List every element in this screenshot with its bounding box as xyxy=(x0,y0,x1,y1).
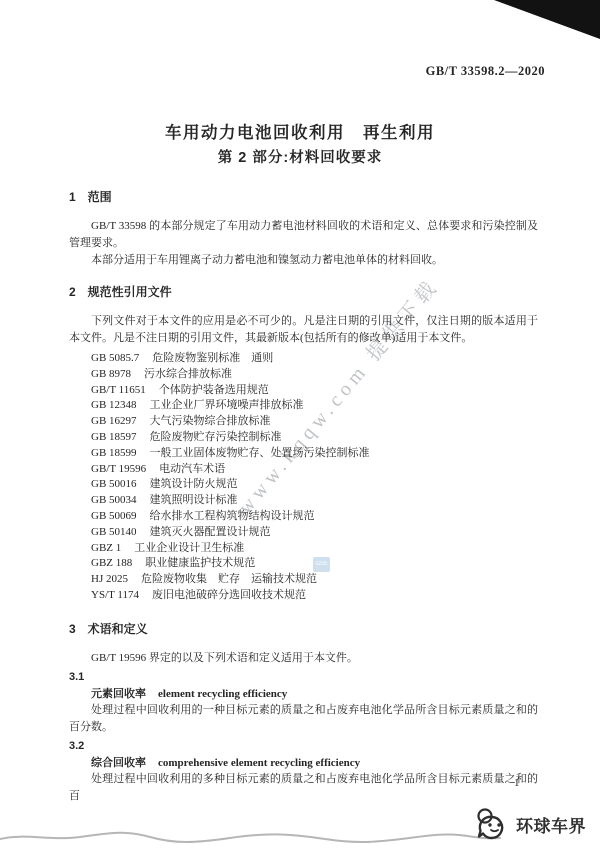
reference-item: GB 50034建筑照明设计标准 xyxy=(69,493,538,509)
reference-item: HJ 2025危险废物收集 贮存 运输技术规范 xyxy=(69,572,538,588)
reference-id: GB 18597 xyxy=(91,431,137,443)
reference-title: 危险废物鉴别标准 通则 xyxy=(152,352,273,364)
section-heading-terms: 3 术语和定义 xyxy=(69,622,538,637)
reference-item: GB 18599一般工业固体废物贮存、处置场污染控制标准 xyxy=(69,446,538,462)
reference-id: GB 50016 xyxy=(91,478,137,490)
reference-title: 建筑照明设计标准 xyxy=(150,494,238,506)
terms-intro: GB/T 19596 界定的以及下列术语和定义适用于本文件。 xyxy=(69,650,538,667)
reference-title: 废旧电池破碎分选回收技术规范 xyxy=(152,589,306,601)
reference-id: GB 5085.7 xyxy=(91,352,139,364)
term-number-1: 3.1 xyxy=(69,670,538,685)
reference-id: GB 50140 xyxy=(91,526,137,538)
references-intro: 下列文件对于本文件的应用是必不可少的。凡是注日期的引用文件，仅注日期的版本适用于… xyxy=(69,313,538,347)
reference-id: GB/T 19596 xyxy=(91,463,146,475)
site-logo-text: 环球车界 xyxy=(516,812,586,837)
globe-car-logo-icon xyxy=(474,807,512,841)
reference-title: 电动汽车术语 xyxy=(159,463,225,475)
reference-item: GB 50069给水排水工程构筑物结构设计规范 xyxy=(69,509,538,525)
reference-title: 工业企业设计卫生标准 xyxy=(134,542,244,554)
reference-item: GB/T 19596电动汽车术语 xyxy=(69,462,538,478)
reference-item: GB/T 11651个体防护装备选用规范 xyxy=(69,383,538,399)
section-heading-references: 2 规范性引用文件 xyxy=(69,285,538,300)
term-title-en: comprehensive element recycling efficien… xyxy=(158,757,360,769)
reference-title: 给水排水工程构筑物结构设计规范 xyxy=(150,510,315,522)
reference-id: GBZ 188 xyxy=(91,557,132,569)
term-title-1: 元素回收率element recycling efficiency xyxy=(69,686,538,702)
reference-id: GB 50069 xyxy=(91,510,137,522)
reference-title: 危险废物贮存污染控制标准 xyxy=(150,431,282,443)
term-title-2: 综合回收率comprehensive element recycling eff… xyxy=(69,755,538,771)
reference-id: GB 8978 xyxy=(91,368,131,380)
document-body: 1 范围 GB/T 33598 的本部分规定了车用动力蓄电池材料回收的术语和定义… xyxy=(69,190,538,805)
reference-id: GB 12348 xyxy=(91,399,137,411)
term-title-en: element recycling efficiency xyxy=(158,688,287,700)
term-title-zh: 综合回收率 xyxy=(91,757,146,769)
document-title-line2: 第 2 部分:材料回收要求 xyxy=(0,146,600,167)
reference-item: GB 5085.7危险废物鉴别标准 通则 xyxy=(69,351,538,367)
reference-title: 个体防护装备选用规范 xyxy=(159,384,269,396)
reference-item: GB 50016建筑设计防火规范 xyxy=(69,477,538,493)
reference-item: YS/T 1174废旧电池破碎分选回收技术规范 xyxy=(69,588,538,604)
page-corner-fold xyxy=(494,0,600,39)
reference-item: GBZ 188职业健康监护技术规范 xyxy=(69,556,538,572)
reference-id: YS/T 1174 xyxy=(91,589,139,601)
reference-item: GBZ 1工业企业设计卫生标准 xyxy=(69,541,538,557)
reference-title: 一般工业固体废物贮存、处置场污染控制标准 xyxy=(150,447,370,459)
reference-title: 污水综合排放标准 xyxy=(144,368,232,380)
reference-title: 大气污染物综合排放标准 xyxy=(150,415,271,427)
site-logo: 环球车界 xyxy=(474,804,586,844)
reference-id: GBZ 1 xyxy=(91,542,121,554)
term-title-zh: 元素回收率 xyxy=(91,688,146,700)
standard-number: GB/T 33598.2—2020 xyxy=(426,64,545,79)
reference-item: GB 18597危险废物贮存污染控制标准 xyxy=(69,430,538,446)
references-list: GB 5085.7危险废物鉴别标准 通则 GB 8978污水综合排放标准 GB/… xyxy=(69,351,538,604)
term-definition-2: 处理过程中回收利用的多种目标元素的质量之和占废弃电池化学品所含目标元素质量之和的… xyxy=(69,771,538,805)
reference-id: HJ 2025 xyxy=(91,573,128,585)
page-number: 1 xyxy=(514,777,520,789)
reference-id: GB 50034 xyxy=(91,494,137,506)
reference-item: GB 50140建筑灭火器配置设计规范 xyxy=(69,525,538,541)
scope-paragraph-2: 本部分适用于车用锂离子动力蓄电池和镍氢动力蓄电池单体的材料回收。 xyxy=(69,252,538,269)
reference-title: 建筑设计防火规范 xyxy=(150,478,238,490)
term-number-2: 3.2 xyxy=(69,739,538,754)
reference-title: 工业企业厂界环境噪声排放标准 xyxy=(150,399,304,411)
reference-title: 职业健康监护技术规范 xyxy=(145,557,255,569)
term-definition-1: 处理过程中回收利用的一种目标元素的质量之和占废弃电池化学品所含目标元素质量之和的… xyxy=(69,702,538,736)
reference-title: 危险废物收集 贮存 运输技术规范 xyxy=(141,573,317,585)
section-heading-scope: 1 范围 xyxy=(69,190,538,205)
reference-id: GB/T 11651 xyxy=(91,384,146,396)
scope-paragraph-1: GB/T 33598 的本部分规定了车用动力蓄电池材料回收的术语和定义、总体要求… xyxy=(69,218,538,252)
reference-title: 建筑灭火器配置设计规范 xyxy=(150,526,271,538)
document-page: GB/T 33598.2—2020 车用动力电池回收利用 再生利用 第 2 部分… xyxy=(0,0,600,849)
reference-id: GB 18599 xyxy=(91,447,137,459)
document-title-line1: 车用动力电池回收利用 再生利用 xyxy=(0,119,600,143)
reference-id: GB 16297 xyxy=(91,415,137,427)
reference-item: GB 12348工业企业厂界环境噪声排放标准 xyxy=(69,398,538,414)
reference-item: GB 8978污水综合排放标准 xyxy=(69,367,538,383)
reference-item: GB 16297大气污染物综合排放标准 xyxy=(69,414,538,430)
